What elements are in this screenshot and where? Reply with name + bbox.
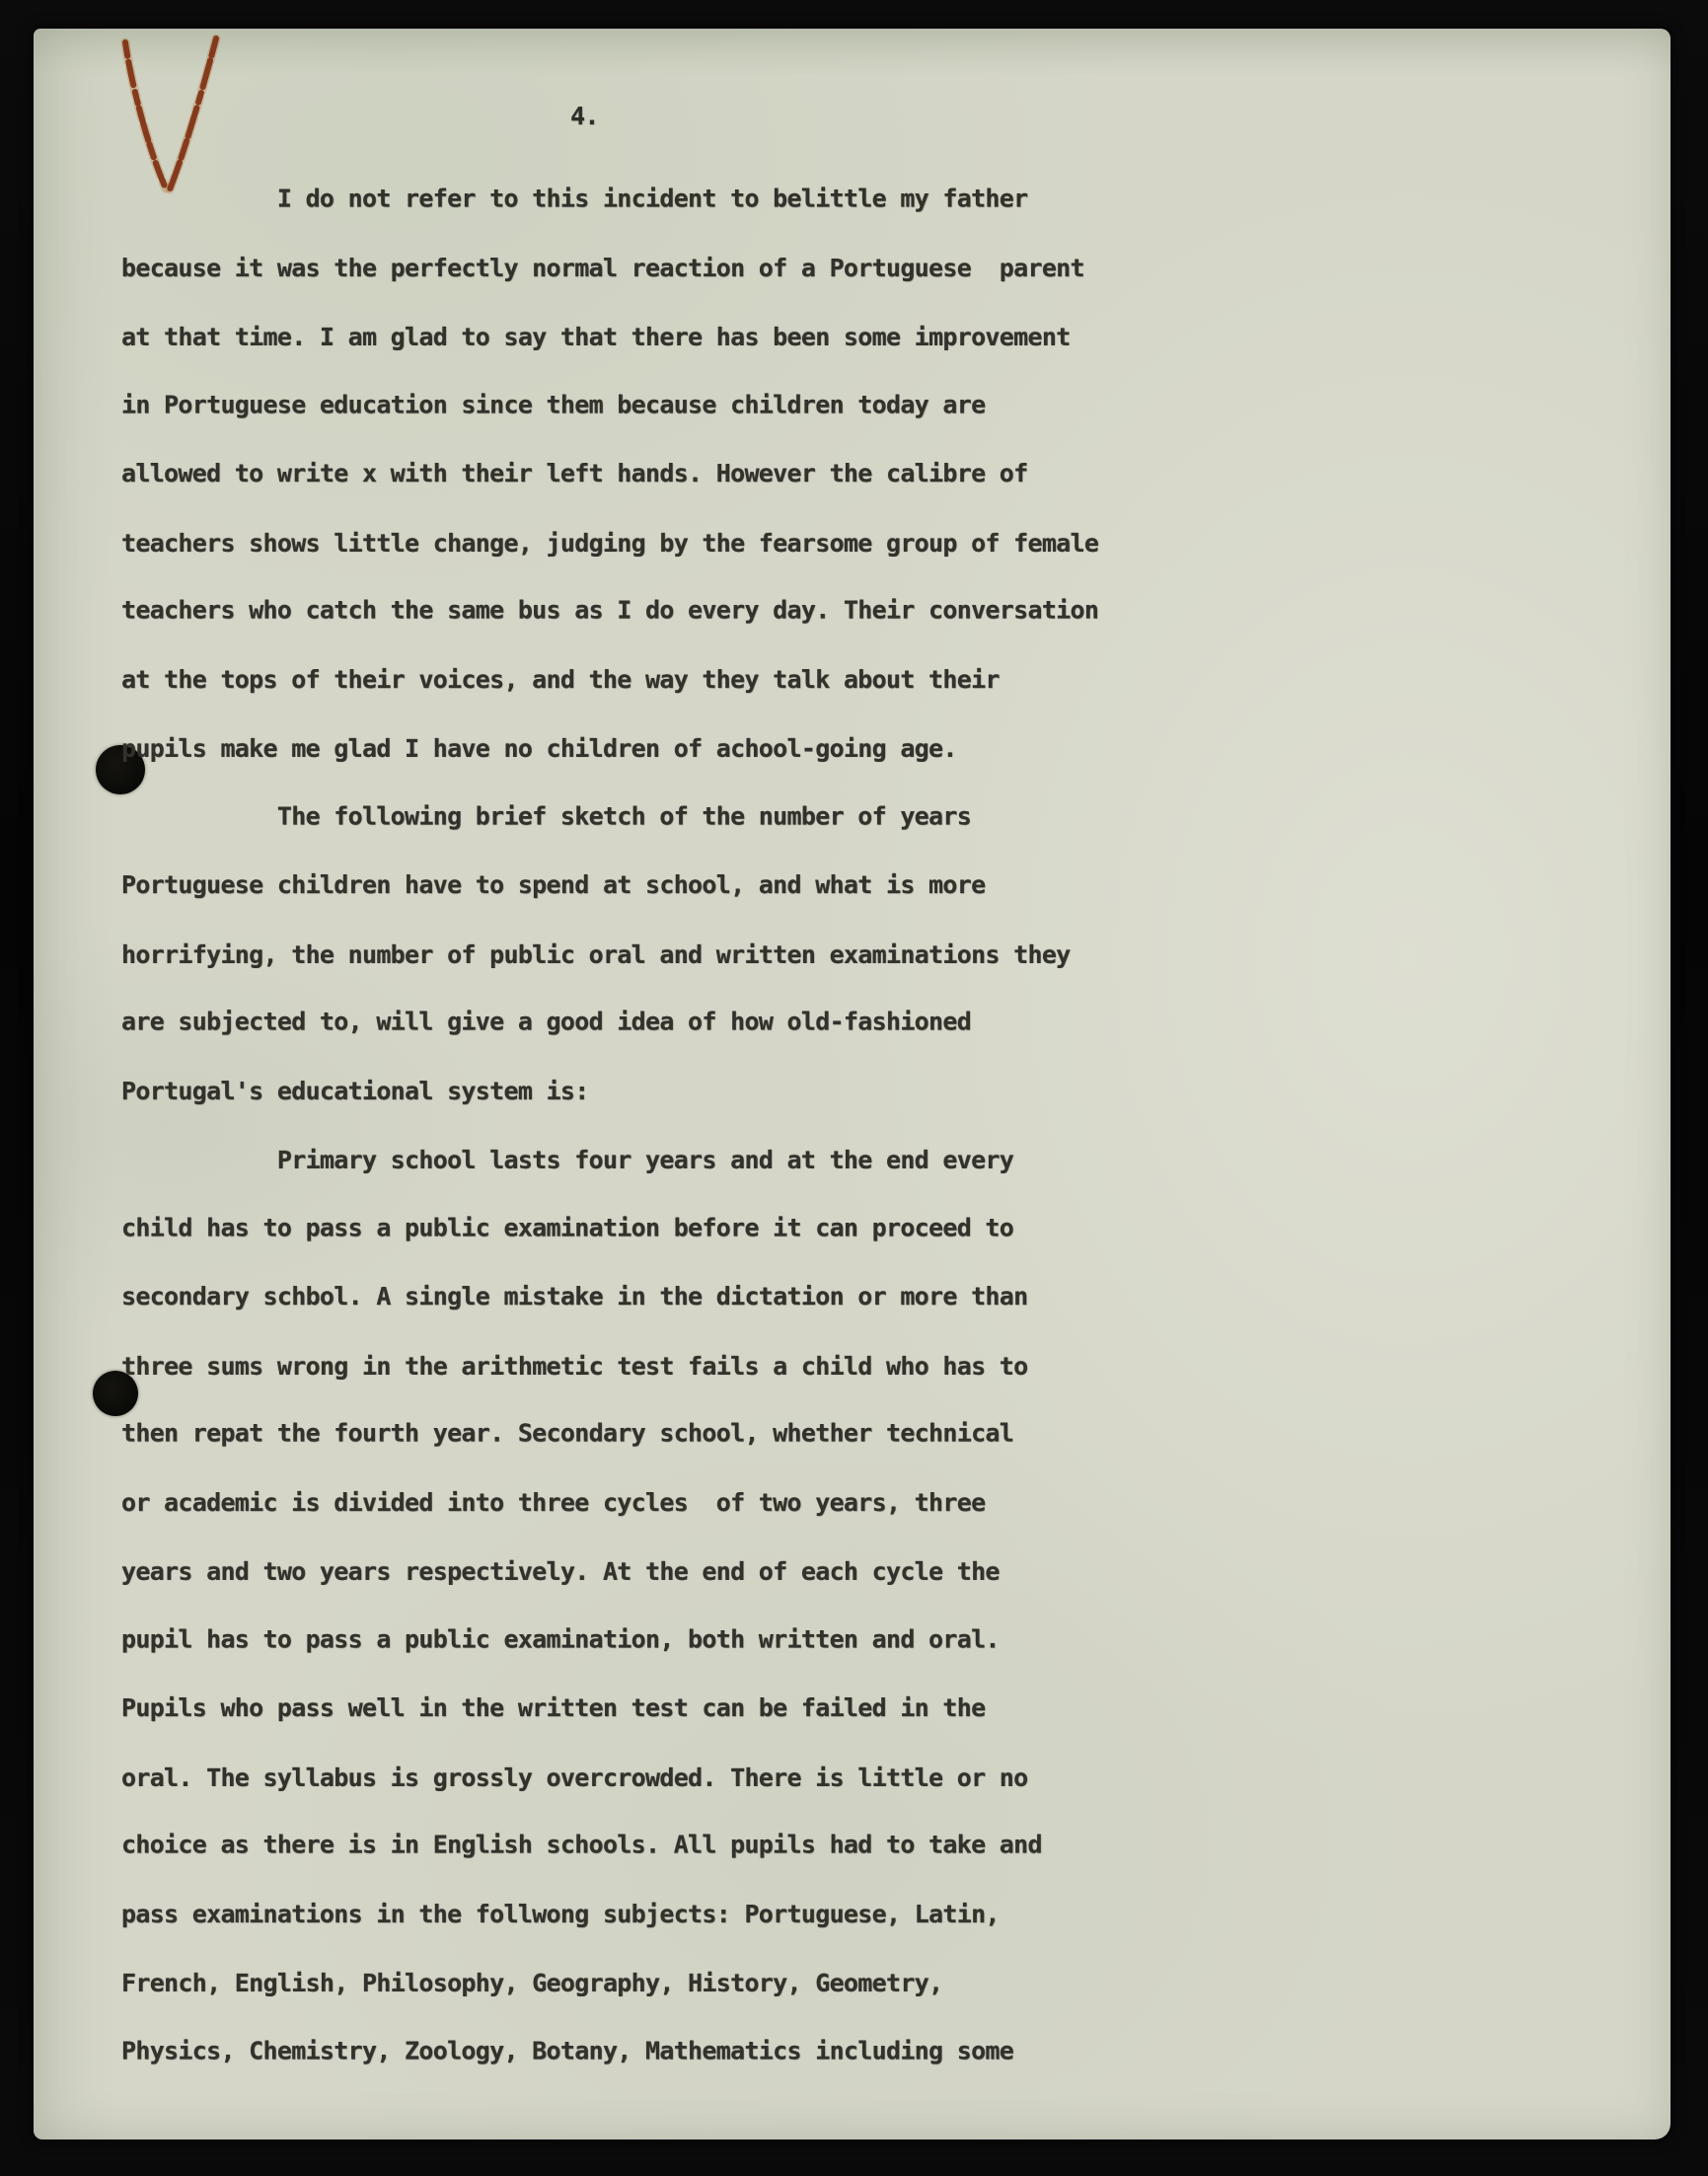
typewritten-text: I do not refer to this incident to belit… bbox=[121, 177, 1207, 2097]
text-line: French, English, Philosophy, Geography, … bbox=[121, 1961, 1207, 2030]
text-line: oral. The syllabus is grossly overcrowde… bbox=[121, 1755, 1207, 1824]
text-line: Portugal's educational system is: bbox=[121, 1069, 1207, 1138]
scan-background: 4. I do not refer to this incident to be… bbox=[0, 0, 1708, 2176]
text-line: I do not refer to this incident to belit… bbox=[121, 177, 1207, 246]
text-line: then repat the fourth year. Secondary sc… bbox=[121, 1411, 1207, 1480]
text-line: Primary school lasts four years and at t… bbox=[121, 1138, 1207, 1207]
text-line: at the tops of their voices, and the way… bbox=[121, 657, 1207, 726]
text-line: Physics, Chemistry, Zoology, Botany, Mat… bbox=[121, 2028, 1207, 2097]
text-line: Portuguese children have to spend at sch… bbox=[121, 863, 1207, 932]
page-number: 4. bbox=[570, 102, 599, 130]
text-line: three sums wrong in the arithmetic test … bbox=[121, 1343, 1207, 1412]
text-line: years and two years respectively. At the… bbox=[121, 1549, 1207, 1618]
text-line: pass examinations in the follwong subjec… bbox=[121, 1892, 1207, 1961]
text-line: pupil has to pass a public examination, … bbox=[121, 1616, 1207, 1686]
text-line: choice as there is in English schools. A… bbox=[121, 1823, 1207, 1892]
typewritten-page: 4. I do not refer to this incident to be… bbox=[34, 29, 1671, 2139]
text-line: The following brief sketch of the number… bbox=[121, 793, 1207, 863]
text-line: in Portuguese education since them becau… bbox=[121, 382, 1207, 451]
text-line: at that time. I am glad to say that ther… bbox=[121, 315, 1207, 384]
text-line: Pupils who pass well in the written test… bbox=[121, 1686, 1207, 1755]
text-line: child has to pass a public examination b… bbox=[121, 1205, 1207, 1274]
text-line: horrifying, the number of public oral an… bbox=[121, 932, 1207, 1001]
text-line: or academic is divided into three cycles… bbox=[121, 1480, 1207, 1549]
text-line: pupils make me glad I have no children o… bbox=[121, 726, 1207, 795]
text-line: secondary schbol. A single mistake in th… bbox=[121, 1274, 1207, 1343]
text-line: teachers shows little change, judging by… bbox=[121, 520, 1207, 589]
text-line: because it was the perfectly normal reac… bbox=[121, 246, 1207, 315]
text-line: allowed to write x with their left hands… bbox=[121, 451, 1207, 520]
text-line: teachers who catch the same bus as I do … bbox=[121, 588, 1207, 657]
text-line: are subjected to, will give a good idea … bbox=[121, 1000, 1207, 1069]
